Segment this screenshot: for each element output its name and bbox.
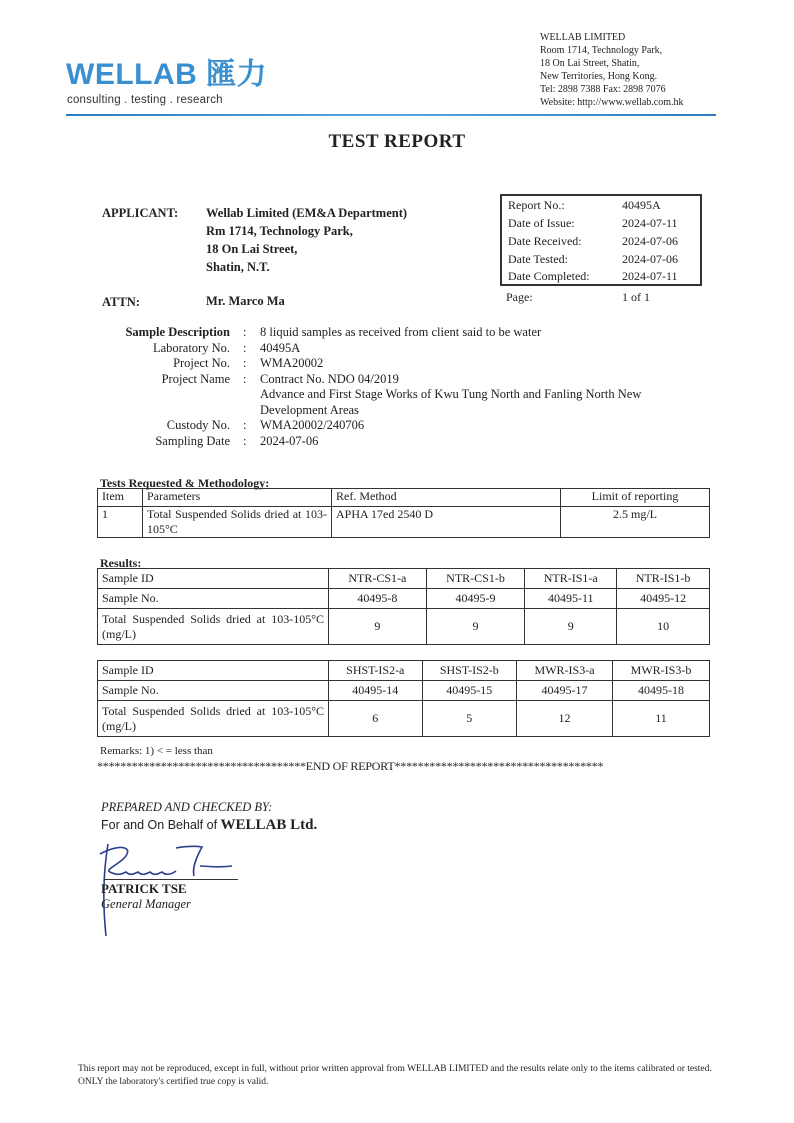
sample-detail-colon: : xyxy=(243,356,246,371)
prepared-by-label: PREPARED AND CHECKED BY: xyxy=(101,800,272,815)
row-label: Sample ID xyxy=(98,569,329,589)
applicant-line: 18 On Lai Street, xyxy=(206,240,407,258)
sample-detail-label: Sampling Date xyxy=(155,434,230,449)
company-tagline: consulting . testing . research xyxy=(67,94,223,106)
sample-detail-label: Project Name xyxy=(162,372,230,387)
results-table: Sample IDSHST-IS2-aSHST-IS2-bMWR-IS3-aMW… xyxy=(97,660,710,737)
tests-table: Item Parameters Ref. Method Limit of rep… xyxy=(97,488,710,538)
header-item: Item xyxy=(98,489,143,507)
report-info-box: Report No.:40495A Date of Issue:2024-07-… xyxy=(500,194,702,286)
result-cell: 40495-8 xyxy=(329,589,427,609)
result-cell: 40495-18 xyxy=(613,681,710,701)
sample-detail-value: Advance and First Stage Works of Kwu Tun… xyxy=(260,387,641,402)
test-method: APHA 17ed 2540 D xyxy=(332,507,561,538)
info-row-date-tested: Date Tested:2024-07-06 xyxy=(502,252,700,270)
result-cell: MWR-IS3-a xyxy=(517,661,613,681)
result-cell: 9 xyxy=(426,609,525,645)
result-cell: 40495-15 xyxy=(422,681,516,701)
sample-detail-row: Development Areas xyxy=(100,403,720,419)
result-cell: NTR-CS1-a xyxy=(329,569,427,589)
result-cell: NTR-IS1-a xyxy=(525,569,617,589)
test-limit: 2.5 mg/L xyxy=(561,507,710,538)
table-row: Sample IDNTR-CS1-aNTR-CS1-bNTR-IS1-aNTR-… xyxy=(98,569,710,589)
result-cell: 9 xyxy=(329,609,427,645)
header-parameters: Parameters xyxy=(143,489,332,507)
address-line: Room 1714, Technology Park, xyxy=(540,44,684,57)
result-cell: 40495-9 xyxy=(426,589,525,609)
result-cell: 12 xyxy=(517,701,613,737)
row-label: Sample No. xyxy=(98,589,329,609)
address-line: 18 On Lai Street, Shatin, xyxy=(540,57,684,70)
sample-detail-value: 8 liquid samples as received from client… xyxy=(260,325,541,340)
company-address: WELLAB LIMITED Room 1714, Technology Par… xyxy=(540,31,684,109)
test-parameter: Total Suspended Solids dried at 103-105°… xyxy=(143,507,332,538)
result-cell: SHST-IS2-a xyxy=(329,661,423,681)
row-label: Total Suspended Solids dried at 103-105°… xyxy=(98,701,329,737)
sample-detail-value: WMA20002 xyxy=(260,356,323,371)
row-label: Sample No. xyxy=(98,681,329,701)
tests-header-row: Item Parameters Ref. Method Limit of rep… xyxy=(98,489,710,507)
result-cell: 11 xyxy=(613,701,710,737)
sample-detail-value: Contract No. NDO 04/2019 xyxy=(260,372,399,387)
applicant-line: Shatin, N.T. xyxy=(206,258,407,276)
table-row: Total Suspended Solids dried at 103-105°… xyxy=(98,609,710,645)
attn-value: Mr. Marco Ma xyxy=(206,294,285,309)
address-line: New Territories, Hong Kong. xyxy=(540,70,684,83)
sample-detail-label: Custody No. xyxy=(167,418,230,433)
end-of-report: ************************************END … xyxy=(97,759,717,774)
sample-details: Sample Description:8 liquid samples as r… xyxy=(100,325,720,449)
address-line: WELLAB LIMITED xyxy=(540,31,684,44)
info-row-date-completed: Date Completed:2024-07-11 xyxy=(502,269,700,287)
header-method: Ref. Method xyxy=(332,489,561,507)
sample-detail-row: Advance and First Stage Works of Kwu Tun… xyxy=(100,387,720,403)
sample-detail-label: Laboratory No. xyxy=(153,341,230,356)
row-label: Sample ID xyxy=(98,661,329,681)
signature-line xyxy=(104,879,238,880)
table-row: Sample No.40495-1440495-1540495-1740495-… xyxy=(98,681,710,701)
signatory-title: General Manager xyxy=(101,897,191,912)
address-line: Website: http://www.wellab.com.hk xyxy=(540,96,684,109)
sample-detail-colon: : xyxy=(243,325,246,340)
sample-detail-label: Sample Description xyxy=(125,325,230,340)
table-row: Total Suspended Solids dried at 103-105°… xyxy=(98,701,710,737)
result-cell: 40495-17 xyxy=(517,681,613,701)
result-cell: NTR-IS1-b xyxy=(617,569,710,589)
result-cell: 6 xyxy=(329,701,423,737)
page-indicator: Page:1 of 1 xyxy=(506,290,706,305)
address-line: Tel: 2898 7388 Fax: 2898 7076 xyxy=(540,83,684,96)
sample-detail-colon: : xyxy=(243,372,246,387)
remarks: Remarks: 1) < = less than xyxy=(100,745,213,757)
result-cell: 5 xyxy=(422,701,516,737)
result-cell: 40495-12 xyxy=(617,589,710,609)
table-row: Sample No.40495-840495-940495-1140495-12 xyxy=(98,589,710,609)
signatory-name: PATRICK TSE xyxy=(101,881,187,897)
result-cell: NTR-CS1-b xyxy=(426,569,525,589)
header-divider xyxy=(66,114,716,116)
sample-detail-colon: : xyxy=(243,434,246,449)
page-title: TEST REPORT xyxy=(0,131,794,153)
sample-detail-colon: : xyxy=(243,341,246,356)
table-row: 1 Total Suspended Solids dried at 103-10… xyxy=(98,507,710,538)
sample-detail-value: 40495A xyxy=(260,341,300,356)
sample-detail-row: Custody No.:WMA20002/240706 xyxy=(100,418,720,434)
info-row-date-of-issue: Date of Issue:2024-07-11 xyxy=(502,216,700,234)
on-behalf-of: For and On Behalf of WELLAB Ltd. xyxy=(101,817,317,834)
sample-detail-row: Sample Description:8 liquid samples as r… xyxy=(100,325,720,341)
info-row-date-received: Date Received:2024-07-06 xyxy=(502,234,700,252)
disclaimer-footer: This report may not be reproduced, excep… xyxy=(78,1063,728,1089)
sample-detail-value: WMA20002/240706 xyxy=(260,418,364,433)
result-cell: 9 xyxy=(525,609,617,645)
header-limit: Limit of reporting xyxy=(561,489,710,507)
info-row-report-no: Report No.:40495A xyxy=(502,198,700,216)
sample-detail-value: Development Areas xyxy=(260,403,359,418)
sample-detail-label: Project No. xyxy=(173,356,230,371)
row-label: Total Suspended Solids dried at 103-105°… xyxy=(98,609,329,645)
company-logo: WELLAB 匯力 xyxy=(66,60,267,90)
result-cell: 40495-14 xyxy=(329,681,423,701)
table-row: Sample IDSHST-IS2-aSHST-IS2-bMWR-IS3-aMW… xyxy=(98,661,710,681)
result-cell: 10 xyxy=(617,609,710,645)
result-cell: SHST-IS2-b xyxy=(422,661,516,681)
applicant-line: Wellab Limited (EM&A Department) xyxy=(206,204,407,222)
sample-detail-row: Laboratory No.:40495A xyxy=(100,341,720,357)
sample-detail-row: Sampling Date:2024-07-06 xyxy=(100,434,720,450)
result-cell: 40495-11 xyxy=(525,589,617,609)
sample-detail-value: 2024-07-06 xyxy=(260,434,318,449)
applicant-label: APPLICANT: xyxy=(102,206,178,221)
applicant-address: Wellab Limited (EM&A Department) Rm 1714… xyxy=(206,204,407,276)
sample-detail-row: Project Name:Contract No. NDO 04/2019 xyxy=(100,372,720,388)
attn-label: ATTN: xyxy=(102,295,140,310)
result-cell: MWR-IS3-b xyxy=(613,661,710,681)
sample-detail-row: Project No.:WMA20002 xyxy=(100,356,720,372)
applicant-line: Rm 1714, Technology Park, xyxy=(206,222,407,240)
results-table: Sample IDNTR-CS1-aNTR-CS1-bNTR-IS1-aNTR-… xyxy=(97,568,710,645)
sample-detail-colon: : xyxy=(243,418,246,433)
test-item: 1 xyxy=(98,507,143,538)
